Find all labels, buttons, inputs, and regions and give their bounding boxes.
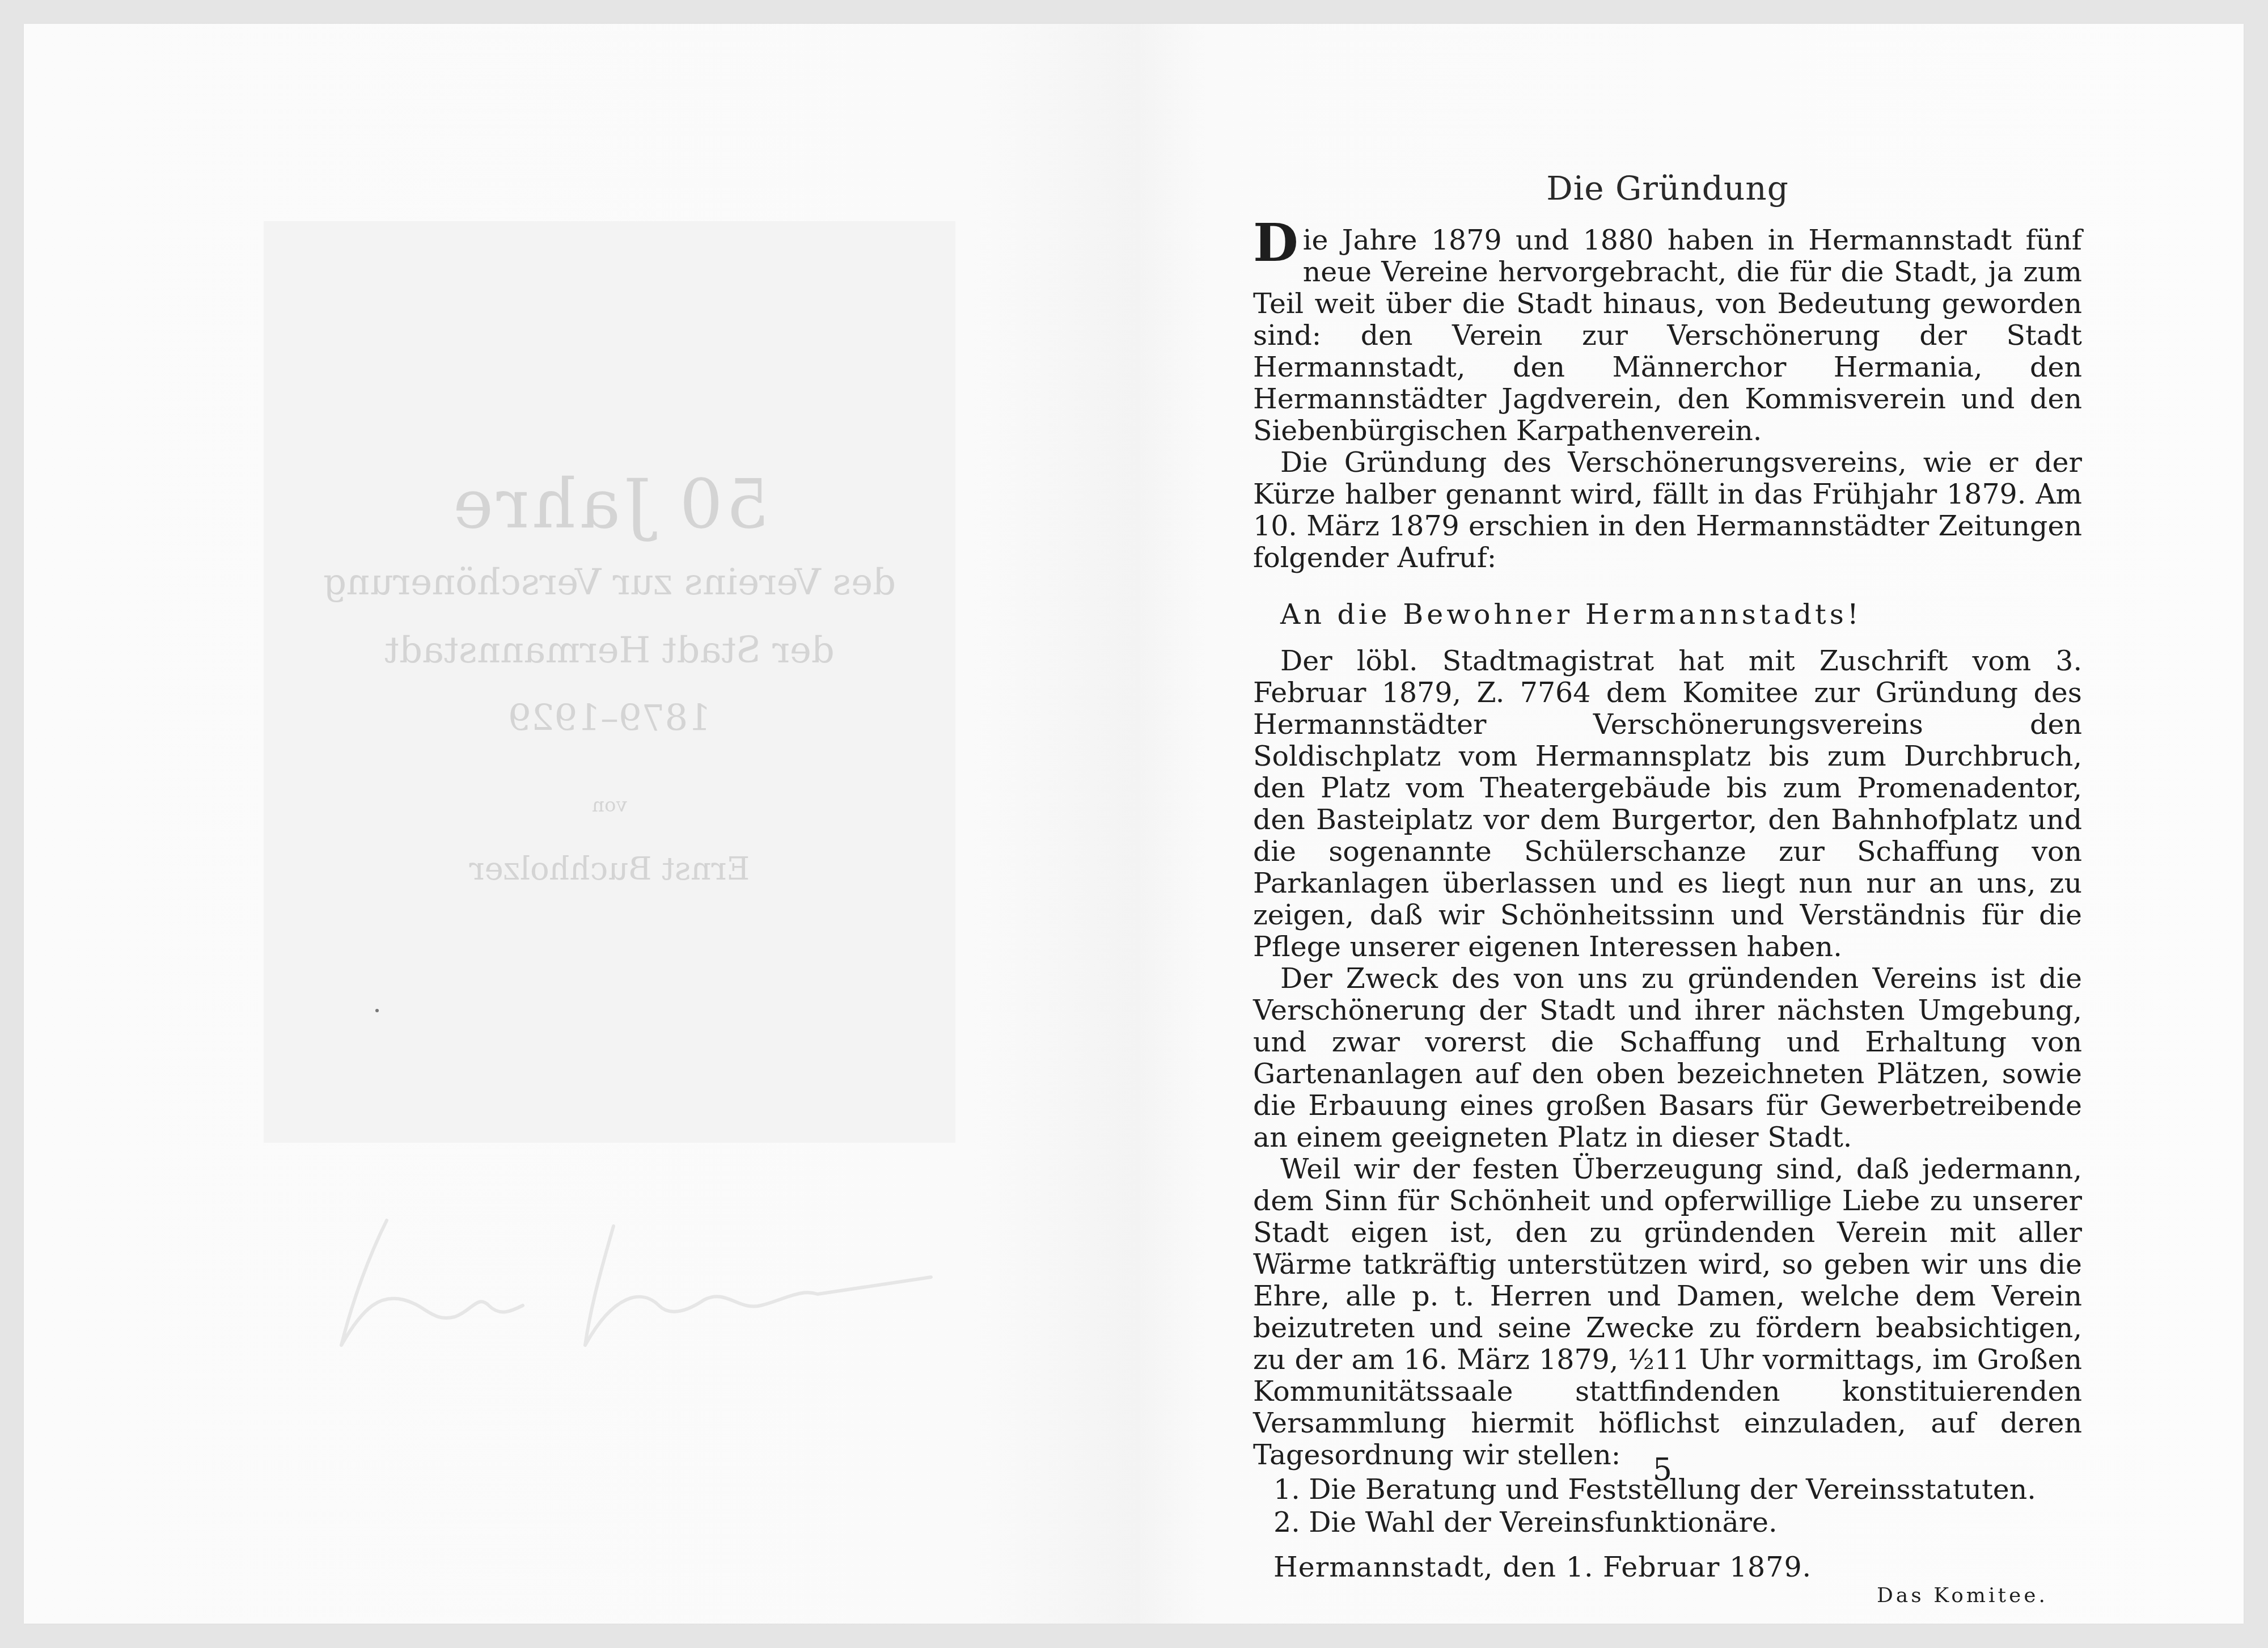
paper-speck [375, 1009, 379, 1012]
faint-signature [319, 1209, 942, 1357]
closing-block: Hermannstadt, den 1. Februar 1879. Das K… [1253, 1552, 2082, 1637]
appeal-title: An die Bewohner Hermannstadts! [1280, 599, 2082, 631]
intro-paragraph: Die Jahre 1879 und 1880 haben in Hermann… [1253, 225, 2082, 447]
bleed-author: Ernst Buchholzer [264, 851, 955, 888]
founding-paragraph: Die Gründung des Verschönerungsvereins, … [1253, 447, 2082, 574]
page-number: 5 [1379, 1452, 1946, 1488]
appeal-paragraph-2: Der Zweck des von uns zu gründenden Vere… [1253, 963, 2082, 1153]
book-spread: 50 Jahre des Vereins zur Verschönerung d… [24, 24, 2244, 1624]
bleed-line-2: der Stadt Hermannstadt [264, 629, 955, 671]
place-and-date: Hermannstadt, den 1. Februar 1879. [1273, 1552, 1812, 1583]
chapter-heading: Die Gründung [1253, 172, 2082, 204]
bleed-through-title-page: 50 Jahre des Vereins zur Verschönerung d… [264, 221, 955, 1143]
bleed-line-1: des Vereins zur Verschönerung [264, 561, 955, 603]
intro-text: ie Jahre 1879 und 1880 haben in Hermanns… [1253, 224, 2082, 447]
bleed-by: von [264, 794, 955, 817]
signatory: Das Komitee. [1877, 1580, 2048, 1612]
bleed-years: 1879–1929 [264, 698, 955, 740]
appeal-paragraph-1: Der löbl. Stadtmagistrat hat mit Zuschri… [1253, 645, 2082, 963]
appeal-paragraph-3: Weil wir der festen Überzeugung sind, da… [1253, 1153, 2082, 1471]
agenda-item: 2. Die Wahl der Vereinsfunktionäre. [1253, 1506, 2082, 1539]
bleed-title: 50 Jahre [264, 465, 955, 544]
left-page: 50 Jahre des Vereins zur Verschönerung d… [24, 24, 1140, 1624]
chapter-body: Die Gründung Die Jahre 1879 und 1880 hab… [1253, 166, 2082, 1637]
drop-cap: D [1253, 227, 1298, 259]
